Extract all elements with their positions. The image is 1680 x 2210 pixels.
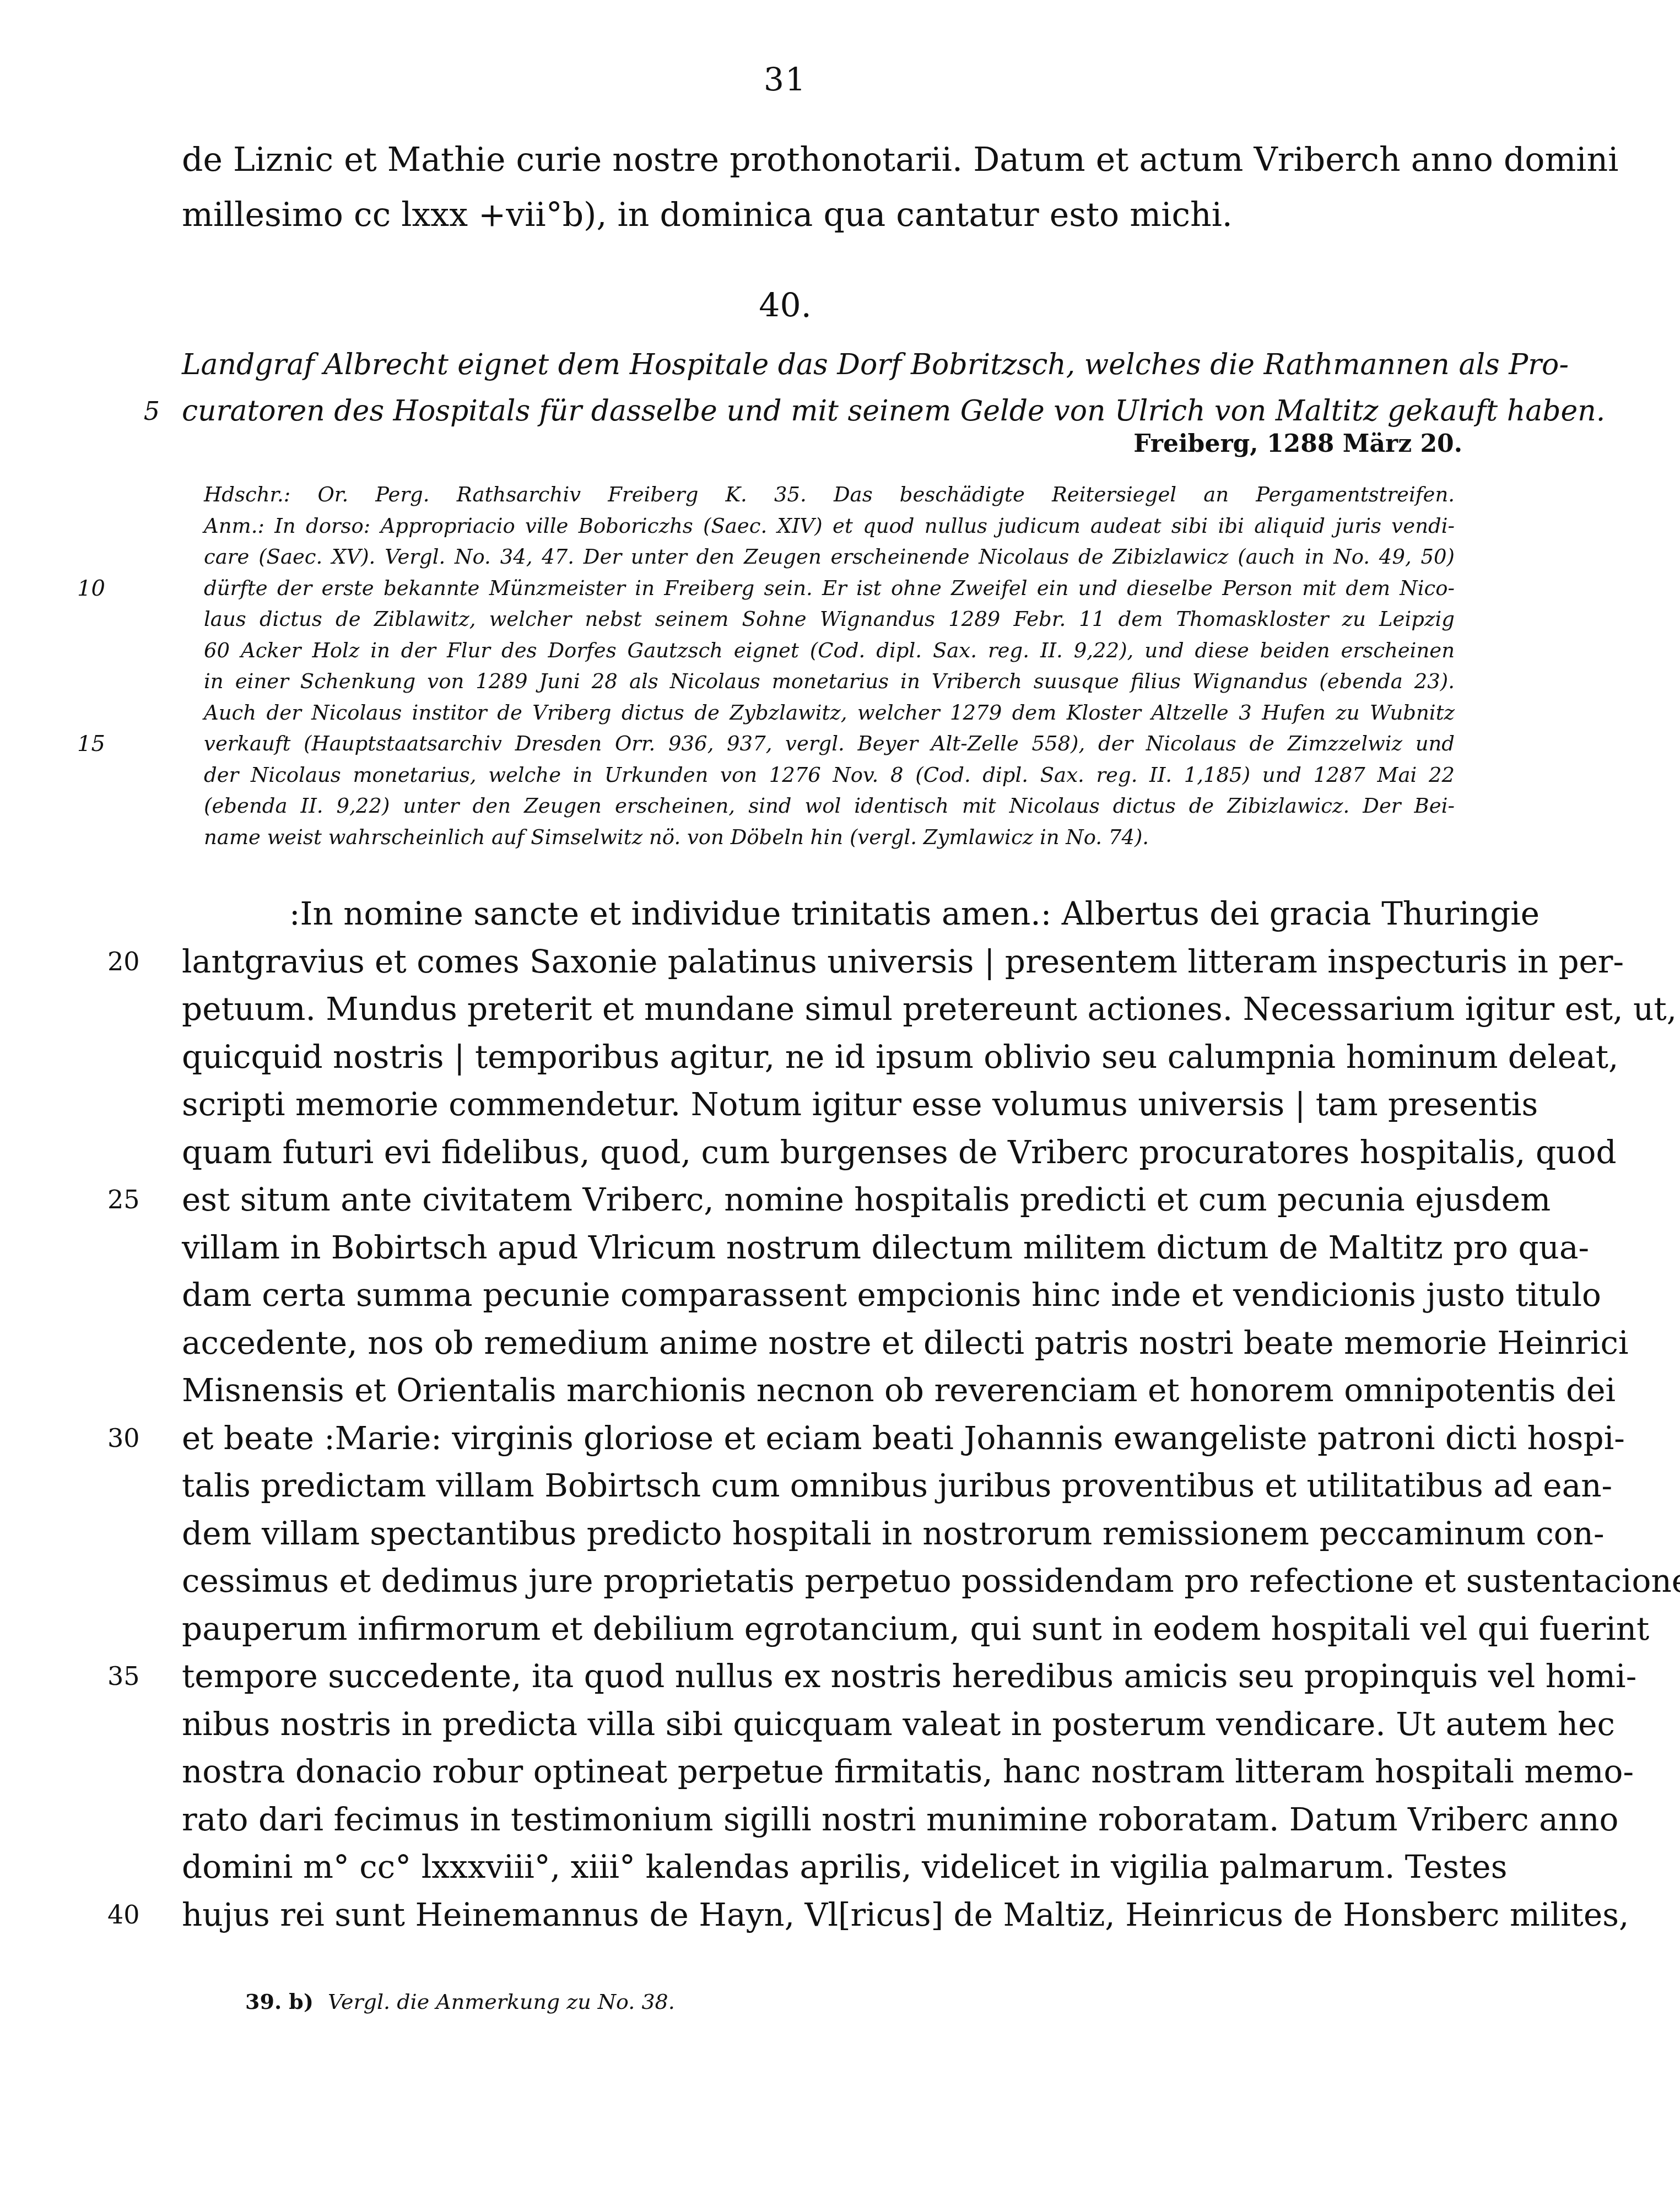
text-line: quicquid nostris | temporibus agitur, ne… <box>182 1033 1455 1081</box>
text-line-content: dem villam spectantibus predicto hospita… <box>182 1515 1605 1552</box>
note-line: care (Saec. XV). Vergl. No. 34, 47. Der … <box>204 542 1455 573</box>
regest-line: 5 curatoren des Hospitals für dasselbe u… <box>182 388 1455 434</box>
note-line-text: verkauft (Hauptstaatsarchiv Dresden Orr.… <box>204 732 1455 755</box>
text-line: petuum. Mundus preterit et mundane simul… <box>182 985 1455 1033</box>
note-line: name weist wahrscheinlich auf Simselwitz… <box>204 822 1455 853</box>
note-line-text: care (Saec. XV). Vergl. No. 34, 47. Der … <box>204 545 1455 569</box>
text-line-content: hujus rei sunt Heinemannus de Hayn, Vl[r… <box>182 1896 1629 1933</box>
charter-text: :In nomine sancte et individue trinitati… <box>182 890 1455 1938</box>
text-line-content: talis predictam villam Bobirtsch cum omn… <box>182 1467 1612 1504</box>
text-line-content: cessimus et dedimus jure proprietatis pe… <box>182 1562 1680 1600</box>
note-line: in einer Schenkung von 1289 Juni 28 als … <box>204 666 1455 698</box>
regest-line: Landgraf Albrecht eignet dem Hospitale d… <box>182 342 1455 388</box>
text-line-content: scripti memorie commendetur. Notum igitu… <box>182 1085 1538 1123</box>
text-line: dam certa summa pecunie comparassent emp… <box>182 1271 1455 1319</box>
note-line: (ebenda II. 9,22) unter den Zeugen ersch… <box>204 791 1455 822</box>
continuation-line: de Liznic et Mathie curie nostre prothon… <box>182 132 1455 187</box>
line-number: 25 <box>107 1176 163 1224</box>
document-number: 40. <box>0 287 1570 325</box>
note-line-text: dürfte der erste bekannte Münzmeister in… <box>204 576 1455 600</box>
text-line: domini m° cc° lxxxviii°, xiii° kalendas … <box>182 1843 1455 1891</box>
line-number: 5 <box>105 388 160 434</box>
text-line: villam in Bobirtsch apud Vlricum nostrum… <box>182 1224 1455 1272</box>
text-line-content: pauperum infirmorum et debilium egrotanc… <box>182 1610 1649 1647</box>
text-line: quam futuri evi fidelibus, quod, cum bur… <box>182 1128 1455 1176</box>
note-line: Auch der Nicolaus institor de Vriberg di… <box>204 698 1455 729</box>
text-line: 35tempore succedente, ita quod nullus ex… <box>182 1652 1455 1700</box>
text-line-content: dam certa summa pecunie comparassent emp… <box>182 1276 1601 1314</box>
text-line: :In nomine sancte et individue trinitati… <box>182 890 1455 938</box>
text-line-content: petuum. Mundus preterit et mundane simul… <box>182 990 1677 1028</box>
line-number: 30 <box>107 1414 163 1462</box>
continuation-text: de Liznic et Mathie curie nostre prothon… <box>182 132 1455 242</box>
line-number: 15 <box>77 728 132 760</box>
continuation-line: millesimo cc lxxx +vii°b), in dominica q… <box>182 187 1455 242</box>
note-line: 10dürfte der erste bekannte Münzmeister … <box>204 573 1455 604</box>
footnote-ref: 39. b) <box>245 1989 314 2014</box>
note-line-text: laus dictus de Ziblawitz, welcher nebst … <box>204 607 1455 631</box>
text-line-content: quicquid nostris | temporibus agitur, ne… <box>182 1038 1618 1076</box>
note-line: Anm.: In dorso: Appropriacio ville Bobor… <box>204 511 1455 542</box>
text-line-content: rato dari fecimus in testimonium sigilli… <box>182 1801 1618 1838</box>
note-line-text: name weist wahrscheinlich auf Simselwitz… <box>204 825 1149 849</box>
text-line: Misnensis et Orientalis marchionis necno… <box>182 1366 1455 1414</box>
text-line: accedente, nos ob remedium anime nostre … <box>182 1319 1455 1367</box>
place-date: Freiberg, 1288 März 20. <box>1133 430 1462 458</box>
apparatus-notes: Hdschr.: Or. Perg. Rathsarchiv Freiberg … <box>204 479 1455 853</box>
text-line: 25est situm ante civitatem Vriberc, nomi… <box>182 1176 1455 1224</box>
note-line: 60 Acker Holz in der Flur des Dorfes Gau… <box>204 635 1455 667</box>
text-line: scripti memorie commendetur. Notum igitu… <box>182 1080 1455 1128</box>
regest-line-text: curatoren des Hospitals für dasselbe und… <box>182 395 1605 428</box>
text-line-content: lantgravius et comes Saxonie palatinus u… <box>182 943 1624 980</box>
text-line: nibus nostris in predicta villa sibi qui… <box>182 1700 1455 1748</box>
text-line: nostra donacio robur optineat perpetue f… <box>182 1748 1455 1796</box>
note-line-text: Hdschr.: Or. Perg. Rathsarchiv Freiberg … <box>204 483 1455 506</box>
text-line: 30et beate :Marie: virginis gloriose et … <box>182 1414 1455 1462</box>
text-line-content: et beate :Marie: virginis gloriose et ec… <box>182 1419 1625 1457</box>
line-number: 20 <box>107 938 163 986</box>
text-line: dem villam spectantibus predicto hospita… <box>182 1510 1455 1558</box>
line-number: 40 <box>107 1891 163 1939</box>
note-line: der Nicolaus monetarius, welche in Urkun… <box>204 760 1455 791</box>
text-line-content: domini m° cc° lxxxviii°, xiii° kalendas … <box>182 1848 1507 1885</box>
text-line: cessimus et dedimus jure proprietatis pe… <box>182 1557 1455 1605</box>
text-line-content: est situm ante civitatem Vriberc, nomine… <box>182 1181 1551 1218</box>
note-line-text: (ebenda II. 9,22) unter den Zeugen ersch… <box>204 794 1455 818</box>
note-line-text: in einer Schenkung von 1289 Juni 28 als … <box>204 669 1455 693</box>
text-line-content: nostra donacio robur optineat perpetue f… <box>182 1753 1634 1790</box>
text-line: rato dari fecimus in testimonium sigilli… <box>182 1796 1455 1844</box>
text-line-content: quam futuri evi fidelibus, quod, cum bur… <box>182 1133 1617 1171</box>
document-page: 31 de Liznic et Mathie curie nostre prot… <box>0 0 1680 2210</box>
text-line-content: Misnensis et Orientalis marchionis necno… <box>182 1371 1616 1409</box>
line-number: 10 <box>77 573 132 604</box>
text-line-content: accedente, nos ob remedium anime nostre … <box>182 1324 1629 1361</box>
footnote-text: Vergl. die Anmerkung zu No. 38. <box>328 1990 675 2014</box>
note-line-text: 60 Acker Holz in der Flur des Dorfes Gau… <box>204 639 1455 662</box>
text-line: 20lantgravius et comes Saxonie palatinus… <box>182 938 1455 986</box>
note-line-text: Auch der Nicolaus institor de Vriberg di… <box>204 701 1455 725</box>
text-line-content: villam in Bobirtsch apud Vlricum nostrum… <box>182 1229 1589 1266</box>
text-line: pauperum infirmorum et debilium egrotanc… <box>182 1605 1455 1653</box>
text-line-content: nibus nostris in predicta villa sibi qui… <box>182 1705 1615 1743</box>
text-line-content: tempore succedente, ita quod nullus ex n… <box>182 1657 1636 1695</box>
footnote: 39. b) Vergl. die Anmerkung zu No. 38. <box>245 1989 675 2014</box>
note-line: 15verkauft (Hauptstaatsarchiv Dresden Or… <box>204 728 1455 760</box>
note-line-text: der Nicolaus monetarius, welche in Urkun… <box>204 763 1455 787</box>
note-line: laus dictus de Ziblawitz, welcher nebst … <box>204 604 1455 635</box>
text-line-content: :In nomine sancte et individue trinitati… <box>289 895 1539 932</box>
regest-heading: Landgraf Albrecht eignet dem Hospitale d… <box>182 342 1455 434</box>
note-line-text: Anm.: In dorso: Appropriacio ville Bobor… <box>204 514 1455 538</box>
line-number: 35 <box>107 1652 163 1700</box>
text-line: 40hujus rei sunt Heinemannus de Hayn, Vl… <box>182 1891 1455 1939</box>
page-number: 31 <box>0 61 1570 98</box>
text-line: talis predictam villam Bobirtsch cum omn… <box>182 1462 1455 1510</box>
note-line: Hdschr.: Or. Perg. Rathsarchiv Freiberg … <box>204 479 1455 511</box>
